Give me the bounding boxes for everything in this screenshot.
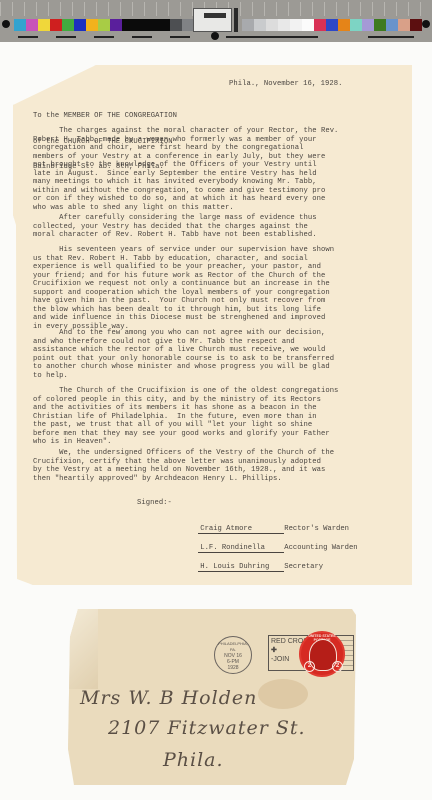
- paragraph-certification: We, the undersigned Officers of the Vest…: [33, 449, 334, 483]
- color-swatch: [326, 19, 338, 31]
- color-swatch: [74, 19, 86, 31]
- envelope: PHILADELPHIA, PA. NOV 16 6-PM 1928 RED C…: [68, 609, 356, 785]
- signatory-name: Craig Atmore: [198, 525, 284, 534]
- paragraph-dissent: And to the few among you who can not agr…: [33, 329, 334, 380]
- color-swatch: [350, 19, 362, 31]
- color-swatch: [266, 19, 278, 31]
- scale-bar: [272, 36, 318, 38]
- signatory-title: Secretary: [284, 563, 323, 571]
- paragraph-charges: The charges against the moral character …: [33, 127, 338, 212]
- color-calibration-chart: [0, 0, 432, 42]
- letter-date: Phila., November 16, 1928.: [229, 80, 342, 89]
- chart-hole-left: [2, 20, 10, 28]
- scale-bar: [94, 36, 114, 38]
- color-swatch: [302, 19, 314, 31]
- color-swatches-right: [242, 19, 422, 31]
- scale-bar: [170, 36, 190, 38]
- chart-hole-right: [422, 20, 430, 28]
- chart-hole-center: [211, 32, 219, 40]
- color-swatch: [410, 19, 422, 31]
- scale-bar: [368, 36, 414, 38]
- address-line-name: Mrs W. B Holden: [80, 687, 257, 709]
- color-swatch: [158, 19, 170, 31]
- chart-divider: [234, 8, 238, 32]
- postmark-city: PHILADELPHIA, PA.: [215, 641, 251, 653]
- signatory-title: Accounting Warden: [284, 544, 357, 552]
- color-swatch: [86, 19, 98, 31]
- stamp-value: 2: [332, 661, 343, 672]
- color-swatch: [14, 19, 26, 31]
- color-swatch: [122, 19, 134, 31]
- typed-letter: Phila., November 16, 1928. To the MEMBER…: [13, 65, 412, 585]
- paragraph-service: His seventeen years of service under our…: [33, 246, 334, 331]
- scale-bar: [132, 36, 152, 38]
- scale-bar: [56, 36, 76, 38]
- torn-flap: [68, 609, 98, 689]
- stain: [258, 679, 308, 709]
- paragraph-history: The Church of the Crucifixion is one of …: [33, 387, 338, 447]
- color-swatch: [386, 19, 398, 31]
- color-swatch: [362, 19, 374, 31]
- color-swatch: [170, 19, 182, 31]
- color-swatch: [134, 19, 146, 31]
- color-swatch: [110, 19, 122, 31]
- signatory-row: H. Louis DuhringSecretary: [181, 555, 323, 580]
- signatory-title: Rector's Warden: [284, 525, 349, 533]
- color-swatch: [242, 19, 254, 31]
- color-swatch: [38, 19, 50, 31]
- color-swatches-left: [14, 19, 194, 31]
- scale-bar: [18, 36, 38, 38]
- chart-label-card: [193, 8, 232, 32]
- color-swatch: [290, 19, 302, 31]
- address-line-city: Phila.: [163, 749, 224, 771]
- color-swatch: [62, 19, 74, 31]
- color-swatch: [98, 19, 110, 31]
- signatory-name: H. Louis Duhring: [198, 563, 284, 572]
- paragraph-decision: After carefully considering the large ma…: [33, 214, 317, 240]
- scale-bar: [226, 36, 272, 38]
- color-swatch: [398, 19, 410, 31]
- color-swatch: [338, 19, 350, 31]
- postmark-year: 1928: [215, 665, 251, 671]
- circular-postmark: PHILADELPHIA, PA. NOV 16 6-PM 1928: [214, 636, 252, 674]
- color-swatch: [278, 19, 290, 31]
- address-line-street: 2107 Fitzwater St.: [108, 717, 306, 739]
- color-swatch: [146, 19, 158, 31]
- postage-stamp: UNITED STATES POSTAGE 2 2: [299, 631, 345, 677]
- color-swatch: [314, 19, 326, 31]
- color-swatch: [254, 19, 266, 31]
- color-swatch: [50, 19, 62, 31]
- color-swatch: [374, 19, 386, 31]
- signatory-name: L.F. Rondinella: [198, 544, 284, 553]
- color-swatch: [26, 19, 38, 31]
- signed-label: Signed:-: [137, 499, 172, 508]
- addressee-line: To the MEMBER OF THE CONGREGATION: [33, 112, 177, 121]
- stamp-value: 2: [304, 661, 315, 672]
